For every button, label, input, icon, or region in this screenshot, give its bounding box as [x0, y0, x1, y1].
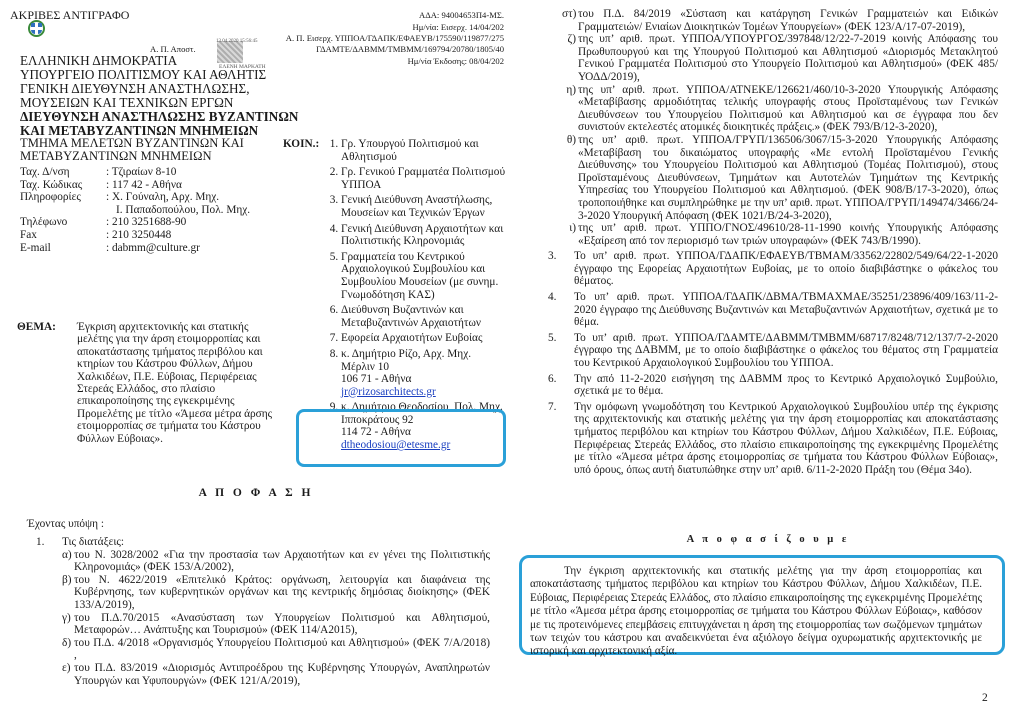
provision-text: του Π.Δ. 4/2018 «Οργανισμός Υπουργείου Π…: [74, 637, 490, 662]
certified-copy-label: ΑΚΡΙΒΕΣ ΑΝΤΙΓΡΑΦΟ: [10, 8, 129, 23]
contact-row: E-mail: dabmm@culture.gr: [20, 242, 250, 255]
provision-item: γ)του Π.Δ.70/2015 «Ανασύσταση των Υπουργ…: [62, 612, 490, 637]
digital-signature-stamp: [217, 41, 243, 63]
item-number: 4.: [548, 291, 574, 329]
page-number: 2: [982, 692, 988, 704]
cc-item-text: Γενική Διεύθυνση Αρχαιοτήτων και Πολιτισ…: [341, 223, 503, 248]
issue-date: Ημ/νία Έκδοσης: 08/04/202: [408, 56, 504, 67]
provisions-right: στ)του Π.Δ. 84/2019 «Σύσταση και κατάργη…: [548, 8, 998, 476]
item-text: Το υπ’ αριθ. πρωτ. ΥΠΠΟΑ/ΓΔΑΜΤΕ/ΔΑΒΜΜ/ΤΜ…: [574, 332, 998, 370]
right-page: στ)του Π.Δ. 84/2019 «Σύσταση και κατάργη…: [512, 0, 1024, 722]
contact-label: Πληροφορίες: [20, 191, 106, 204]
numbered-item: 4.Το υπ’ αριθ. πρωτ. ΥΠΠΟΑ/ΓΔΑΠΚ/ΔΒΜΑ/ΤΒ…: [548, 291, 998, 329]
item-text: Την από 11-2-2020 εισήγηση της ΔΑΒΜΜ προ…: [574, 373, 998, 398]
provision-letter: β): [62, 574, 74, 612]
provisions-left: 1. Τις διατάξεις: α)του Ν. 3028/2002 «Γι…: [36, 536, 490, 687]
cc-list: Γρ. Υπουργού Πολιτισμού και ΑθλητισμούΓρ…: [323, 138, 509, 455]
provision-letter: α): [62, 549, 74, 574]
contact-label: Ταχ. Κώδικας: [20, 179, 106, 192]
provision-text: της υπ’ αριθ. πρωτ. ΥΠΠΟΑ/ΓΡΥΠ/136506/30…: [578, 134, 998, 222]
provision-item: στ)του Π.Δ. 84/2019 «Σύσταση και κατάργη…: [562, 8, 998, 33]
left-page: ΑΚΡΙΒΕΣ ΑΝΤΙΓΡΑΦΟ ΕΛΛΗΝΙΚΗ ΔΗΜΟΚΡΑΤΙΑ ΥΠ…: [0, 0, 512, 722]
department-line: ΜΕΤΑΒΥΖΑΝΤΙΝΩΝ ΜΝΗΜΕΙΩΝ: [20, 149, 212, 163]
numbered-item: 5.Το υπ’ αριθ. πρωτ. ΥΠΠΟΑ/ΓΔΑΜΤΕ/ΔΑΒΜΜ/…: [548, 332, 998, 370]
contact-value: : dabmm@culture.gr: [106, 242, 250, 255]
contact-row: Ι. Παπαδοπούλου, Πολ. Μηχ.: [20, 204, 250, 217]
item-number: 7.: [548, 401, 574, 477]
resolution-text: Την έγκριση αρχιτεκτονικής και στατικής …: [530, 565, 982, 659]
contact-value: : 210 3250448: [106, 229, 250, 242]
subject-text: Έγκριση αρχιτεκτονικής και στατικής μελέ…: [77, 321, 277, 445]
numbered-item: 7.Την ομόφωνη γνωμοδότηση του Κεντρικού …: [548, 401, 998, 477]
provision-item: δ)του Π.Δ. 4/2018 «Οργανισμός Υπουργείου…: [62, 637, 490, 662]
considering-label: Έχοντας υπόψη :: [27, 518, 104, 530]
cc-item-text: κ. Δημήτριο Ρίζο, Αρχ. Μηχ.: [341, 348, 471, 360]
provision-text: του Ν. 3028/2002 «Για την προστασία των …: [74, 549, 490, 574]
contact-label: E-mail: [20, 242, 106, 255]
ada-number: ΑΔΑ: 94004653Π4-ΜΣ.: [419, 10, 504, 21]
highlight-box-recipient-9: [296, 409, 506, 467]
stamp-timestamp: 13.04.2020 15:56:45: [216, 39, 258, 44]
provision-letter: γ): [62, 612, 74, 637]
contact-value: : Τζιραίων 8-10: [106, 166, 250, 179]
provision-text: της υπ’ αριθ. πρωτ. ΥΠΠΟ/ΓΝΟΣ/49610/28-1…: [578, 222, 998, 247]
cc-item-text: Γρ. Υπουργού Πολιτισμού και Αθλητισμού: [341, 138, 479, 163]
item-title: Τις διατάξεις:: [62, 536, 124, 549]
provision-letter: ζ): [562, 33, 578, 83]
provision-text: της υπ’ αριθ. πρωτ. ΥΠΠΟΑ/ΑΤΝΕΚΕ/126621/…: [578, 84, 998, 134]
provision-text: της υπ’ αριθ. πρωτ. ΥΠΠΟΑ/ΥΠΟΥΡΓΟΣ/39784…: [578, 33, 998, 83]
outgoing-ref: ΓΔΑΜΤΕ/ΔΑΒΜΜ/ΤΜΒΜΜ/169794/20780/1805/40: [316, 44, 504, 55]
item-text: Την ομόφωνη γνωμοδότηση του Κεντρικού Αρ…: [574, 401, 998, 477]
cc-label: ΚΟΙΝ.:: [283, 138, 323, 455]
cc-item-address: Μέρλιν 10: [341, 361, 389, 373]
item-number: 5.: [548, 332, 574, 370]
cc-item: κ. Δημήτριο Ρίζο, Αρχ. Μηχ.Μέρλιν 10106 …: [341, 348, 509, 398]
item-text: Το υπ’ αριθ. πρωτ. ΥΠΠΟΑ/ΓΔΑΠΚ/ΔΒΜΑ/ΤΒΜΑ…: [574, 291, 998, 329]
provision-letter: στ): [562, 8, 578, 33]
cc-item: Εφορεία Αρχαιοτήτων Ευβοίας: [341, 332, 509, 345]
decision-title: Α Π Ο Φ Α Σ Η: [0, 487, 512, 499]
contact-label: Fax: [20, 229, 106, 242]
provision-text: του Π.Δ.70/2015 «Ανασύσταση των Υπουργεί…: [74, 612, 490, 637]
provision-text: του Ν. 4622/2019 «Επιτελικό Κράτος: οργά…: [74, 574, 490, 612]
item-number: 1.: [36, 536, 62, 549]
contact-value: : 117 42 - Αθήνα: [106, 179, 250, 192]
numbered-item: 3.Το υπ’ αριθ. πρωτ. ΥΠΠΟΑ/ΓΔΑΠΚ/ΕΦΑΕΥΒ/…: [548, 250, 998, 288]
contact-row: Πληροφορίες: Χ. Γούναλη, Αρχ. Μηχ.: [20, 191, 250, 204]
contact-label: [20, 204, 106, 217]
provision-letter: θ): [562, 134, 578, 222]
cc-item: Γραμματεία του Κεντρικού Αρχαιολογικού Σ…: [341, 251, 509, 301]
stamp-signer: ΕΛΕΝΗ ΜΑΡΚΑΤΗ: [219, 64, 266, 70]
provision-item: ι)της υπ’ αριθ. πρωτ. ΥΠΠΟ/ΓΝΟΣ/49610/28…: [562, 222, 998, 247]
cc-item-address: 106 71 - Αθήνα: [341, 373, 411, 385]
incoming-ref: Α. Π. Εισερχ. ΥΠΠΟΑ/ΓΔΑΠΚ/ΕΦΑΕΥΒ/175590/…: [286, 33, 504, 44]
cc-item-text: Εφορεία Αρχαιοτήτων Ευβοίας: [341, 332, 482, 344]
item-text: Το υπ’ αριθ. πρωτ. ΥΠΠΟΑ/ΓΔΑΠΚ/ΕΦΑΕΥΒ/ΤΒ…: [574, 250, 998, 288]
cc-item: Γενική Διεύθυνση Αρχαιοτήτων και Πολιτισ…: [341, 223, 509, 248]
provision-item: ζ)της υπ’ αριθ. πρωτ. ΥΠΠΟΑ/ΥΠΟΥΡΓΟΣ/397…: [562, 33, 998, 83]
outgoing-prefix: Α. Π. Αποστ.: [150, 44, 196, 54]
provision-item: ε)του Π.Δ. 83/2019 «Διορισμός Αντιπροέδρ…: [62, 662, 490, 687]
contact-label: Τηλέφωνο: [20, 216, 106, 229]
item-number: 3.: [548, 250, 574, 288]
provision-item: α)του Ν. 3028/2002 «Για την προστασία τω…: [62, 549, 490, 574]
cc-email-link[interactable]: jr@rizosarchitects.gr: [341, 386, 436, 398]
numbered-item: 6.Την από 11-2-2020 εισήγηση της ΔΑΒΜΜ π…: [548, 373, 998, 398]
resolution-box: Την έγκριση αρχιτεκτονικής και στατικής …: [519, 555, 1005, 655]
provision-text: του Π.Δ. 83/2019 «Διορισμός Αντιπροέδρου…: [74, 662, 490, 687]
cc-item: Γρ. Υπουργού Πολιτισμού και Αθλητισμού: [341, 138, 509, 163]
contact-info: Ταχ. Δ/νση: Τζιραίων 8-10Ταχ. Κώδικας: 1…: [20, 166, 250, 254]
cc-item: Διεύθυνση Βυζαντινών και Μεταβυζαντινών …: [341, 304, 509, 329]
subject-block: ΘΕΜΑ: Έγκριση αρχιτεκτονικής και στατική…: [17, 321, 277, 445]
cc-item-text: Γραμματεία του Κεντρικού Αρχαιολογικού Σ…: [341, 251, 498, 301]
resolution-title: Α π ο φ α σ ί ζ ο υ μ ε: [512, 534, 1024, 545]
cc-block: ΚΟΙΝ.: Γρ. Υπουργού Πολιτισμού και Αθλητ…: [283, 138, 509, 455]
contact-row: Ταχ. Δ/νση: Τζιραίων 8-10: [20, 166, 250, 179]
cc-item: Γρ. Γενικού Γραμματέα Πολιτισμού ΥΠΠΟΑ: [341, 166, 509, 191]
provision-letter: η): [562, 84, 578, 134]
greek-emblem-icon: [28, 20, 45, 37]
cc-item-text: Γενική Διεύθυνση Αναστήλωσης, Μουσείων κ…: [341, 194, 492, 219]
cc-item: Γενική Διεύθυνση Αναστήλωσης, Μουσείων κ…: [341, 194, 509, 219]
contact-value: Ι. Παπαδοπούλου, Πολ. Μηχ.: [106, 204, 250, 217]
cc-item-text: Διεύθυνση Βυζαντινών και Μεταβυζαντινών …: [341, 304, 481, 329]
item-number: 6.: [548, 373, 574, 398]
subject-label: ΘΕΜΑ:: [17, 321, 77, 445]
contact-label: Ταχ. Δ/νση: [20, 166, 106, 179]
contact-row: Ταχ. Κώδικας: 117 42 - Αθήνα: [20, 179, 250, 192]
contact-row: Τηλέφωνο: 210 3251688-90: [20, 216, 250, 229]
provision-item: θ)της υπ’ αριθ. πρωτ. ΥΠΠΟΑ/ΓΡΥΠ/136506/…: [562, 134, 998, 222]
cc-item-text: Γρ. Γενικού Γραμματέα Πολιτισμού ΥΠΠΟΑ: [341, 166, 505, 191]
contact-row: Fax: 210 3250448: [20, 229, 250, 242]
provision-letter: δ): [62, 637, 74, 662]
contact-value: : Χ. Γούναλη, Αρχ. Μηχ.: [106, 191, 250, 204]
provision-item: β)του Ν. 4622/2019 «Επιτελικό Κράτος: ορ…: [62, 574, 490, 612]
contact-value: : 210 3251688-90: [106, 216, 250, 229]
incoming-date: Ημ/νία: Εισερχ. 14/04/202: [413, 22, 505, 33]
provision-letter: ι): [562, 222, 578, 247]
provision-item: η)της υπ’ αριθ. πρωτ. ΥΠΠΟΑ/ΑΤΝΕΚΕ/12662…: [562, 84, 998, 134]
provision-text: του Π.Δ. 84/2019 «Σύσταση και κατάργηση …: [578, 8, 998, 33]
provision-letter: ε): [62, 662, 74, 687]
